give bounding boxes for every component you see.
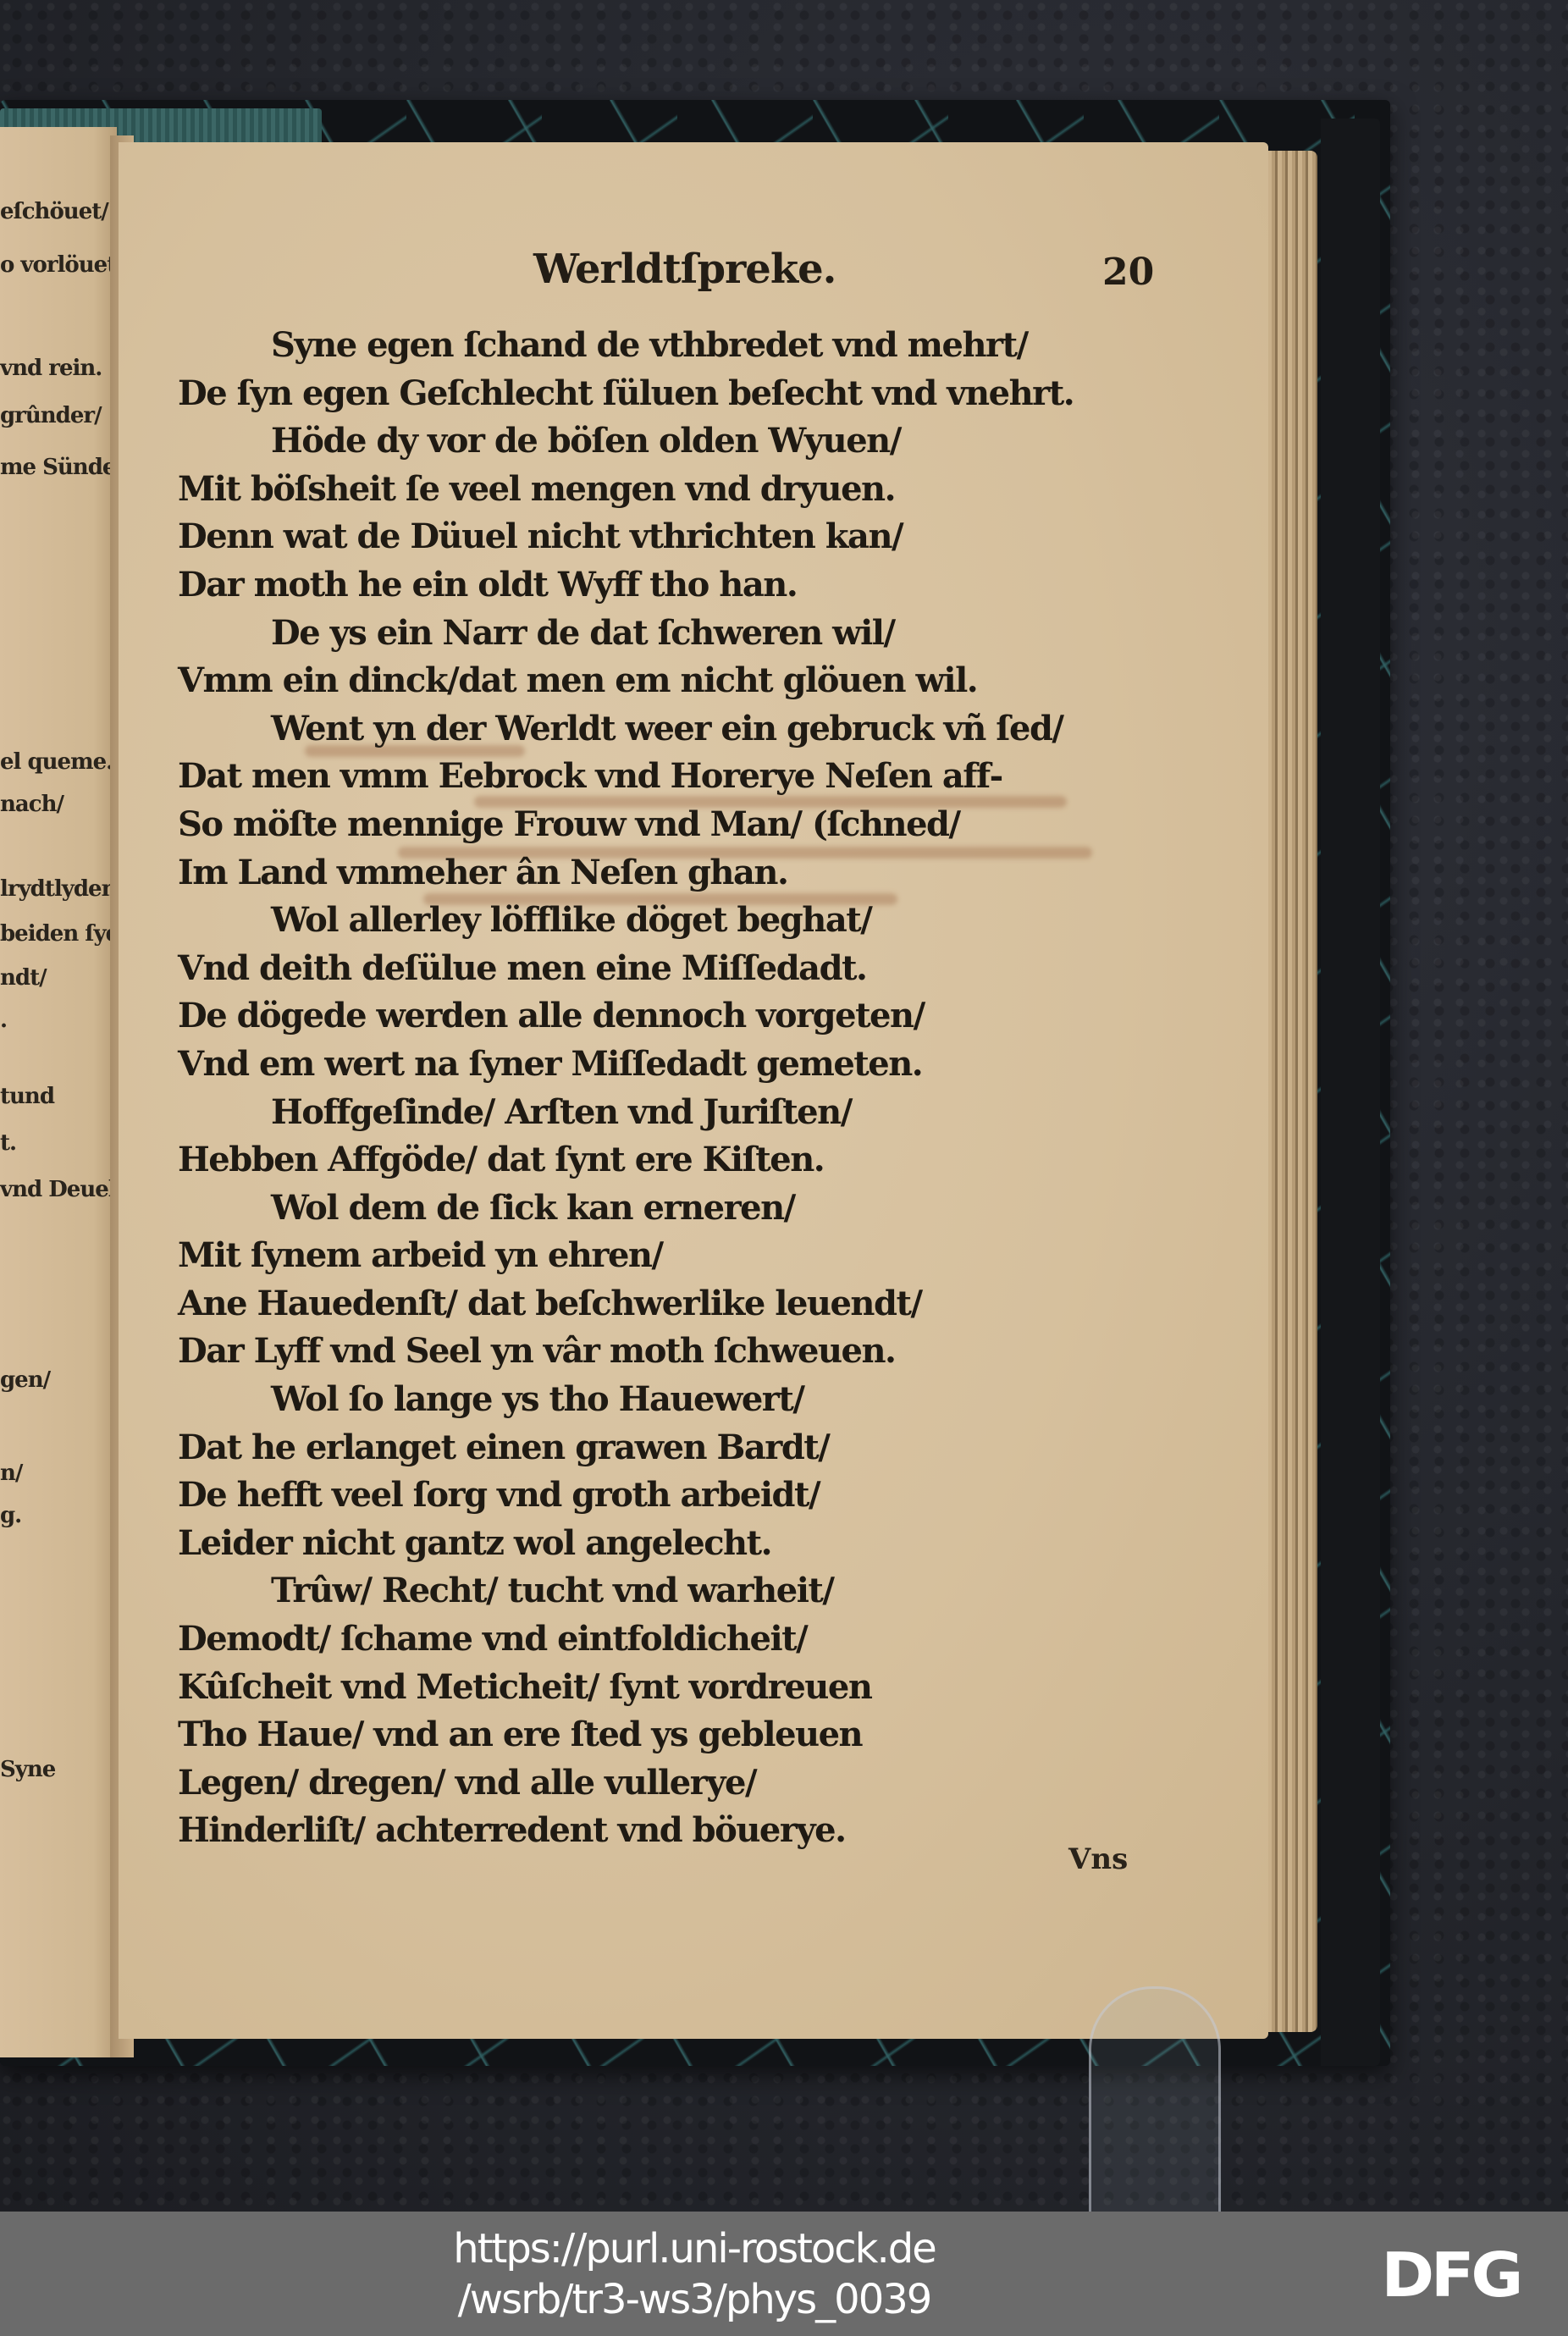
catchword: Vns xyxy=(1068,1842,1128,1876)
left-page-fragment: . xyxy=(0,1008,7,1033)
verse-line: De ys ein Narr de dat ſchweren wil/ xyxy=(178,610,1168,658)
verse-line: Hinderliſt/ achterredent vnd böuerye. xyxy=(178,1807,1168,1855)
verse-line: Dar Lyff vnd Seel yn vâr moth ſchweuen. xyxy=(178,1328,1168,1376)
verse-line: Kûſcheit vnd Meticheit/ ſynt vordreuen xyxy=(178,1664,1168,1712)
left-page-fragment: grûnder/ xyxy=(0,403,102,428)
verse-line: Vnd deith deſülue men eine Miſſedadt. xyxy=(178,945,1168,993)
verse-line: De dögede werden alle dennoch vorgeten/ xyxy=(178,992,1168,1041)
left-page-fragment: tund xyxy=(0,1084,54,1109)
verse-line: Wol ſo lange ys tho Hauewert/ xyxy=(178,1376,1168,1424)
left-page-fragment: lrydtlydent xyxy=(0,876,126,902)
running-head: Werldtſpreke. xyxy=(533,246,836,293)
verse-line: Mit böſsheit ſe veel mengen vnd dryuen. xyxy=(178,466,1168,514)
verse-line: Leider nicht gantz wol angelecht. xyxy=(178,1520,1168,1568)
left-page-fragment: nach/ xyxy=(0,792,63,817)
permalink-line-2[interactable]: /wsrb/tr3-ws3/phys_0039 xyxy=(0,2274,1389,2325)
verse-line: Dat men vmm Eebrock vnd Horerye Neſen af… xyxy=(178,753,1168,801)
verse-text: Syne egen ſchand de vthbredet vnd mehrt/… xyxy=(178,322,1168,1855)
verse-line: Trûw/ Recht/ tucht vnd warheit/ xyxy=(178,1567,1168,1615)
left-page-fragment: g. xyxy=(0,1503,21,1528)
left-page-fragment: vnd Deuel xyxy=(0,1177,116,1202)
left-page-fragment: el queme. xyxy=(0,749,113,775)
footer-bar: https://purl.uni-rostock.de /wsrb/tr3-ws… xyxy=(0,2212,1568,2336)
verse-line: Wol dem de ſick kan erneren/ xyxy=(178,1185,1168,1233)
scan-image: eſchöuet/o vorlöuet/vnd rein.grûnder/me … xyxy=(0,0,1568,2212)
dfg-logo: DFG xyxy=(1381,2247,1546,2303)
verse-line: Vmm ein dinck/dat men em nicht glöuen wi… xyxy=(178,657,1168,705)
page-clip xyxy=(1089,1986,1221,2212)
verse-line: Im Land vmmeher ân Neſen ghan. xyxy=(178,849,1168,897)
verse-line: Höde dy vor de böſen olden Wyuen/ xyxy=(178,417,1168,466)
verse-line: Tho Haue/ vnd an ere ſted ys gebleuen xyxy=(178,1711,1168,1759)
verse-line: De ſyn egen Geſchlecht ſüluen beſecht vn… xyxy=(178,370,1168,418)
permalink-line-1[interactable]: https://purl.uni-rostock.de xyxy=(0,2223,1389,2274)
verse-line: Syne egen ſchand de vthbredet vnd mehrt/ xyxy=(178,322,1168,370)
verse-line: Hebben Affgöde/ dat ſynt ere Kiſten. xyxy=(178,1136,1168,1185)
verse-line: Denn wat de Düuel nicht vthrichten kan/ xyxy=(178,513,1168,561)
left-page-fragment: o vorlöuet/ xyxy=(0,252,124,278)
folio-number: 20 xyxy=(1102,251,1154,294)
left-page-fragment: t. xyxy=(0,1130,16,1156)
permalink[interactable]: https://purl.uni-rostock.de /wsrb/tr3-ws… xyxy=(0,2223,1389,2325)
verse-line: Dat he erlanget einen grawen Bardt/ xyxy=(178,1424,1168,1472)
verse-line: Demodt/ ſchame vnd eintfoldicheit/ xyxy=(178,1615,1168,1664)
left-page-fragment: ndt/ xyxy=(0,965,47,991)
verse-line: Ane Hauedenſt/ dat beſchwerlike leuendt/ xyxy=(178,1280,1168,1328)
board-edge xyxy=(1321,119,1380,2066)
verse-line: So möſte mennige Frouw vnd Man/ (ſchned/ xyxy=(178,801,1168,849)
verse-line: Hoffgeſinde/ Arſten vnd Juriſten/ xyxy=(178,1089,1168,1137)
verse-line: Went yn der Werldt weer ein gebruck vñ ſ… xyxy=(178,705,1168,754)
left-page-fragment: vnd rein. xyxy=(0,356,102,381)
verse-line: De hefft veel ſorg vnd groth arbeidt/ xyxy=(178,1472,1168,1520)
verse-line: Legen/ dregen/ vnd alle vullerye/ xyxy=(178,1759,1168,1808)
left-page-fragment: me Sünde. xyxy=(0,455,122,480)
verse-line: Mit ſynem arbeid yn ehren/ xyxy=(178,1232,1168,1280)
verse-line: Dar moth he ein oldt Wyff tho han. xyxy=(178,561,1168,610)
left-page-fragment: Syne xyxy=(0,1757,55,1782)
left-page-fragment: n/ xyxy=(0,1461,22,1486)
left-page-fragment: gen/ xyxy=(0,1367,50,1393)
left-page-fragment: eſchöuet/ xyxy=(0,199,108,224)
verse-line: Wol allerley löfflike döget beghat/ xyxy=(178,897,1168,945)
verse-line: Vnd em wert na ſyner Miſſedadt gemeten. xyxy=(178,1041,1168,1089)
left-facing-page: eſchöuet/o vorlöuet/vnd rein.grûnder/me … xyxy=(0,127,117,2057)
